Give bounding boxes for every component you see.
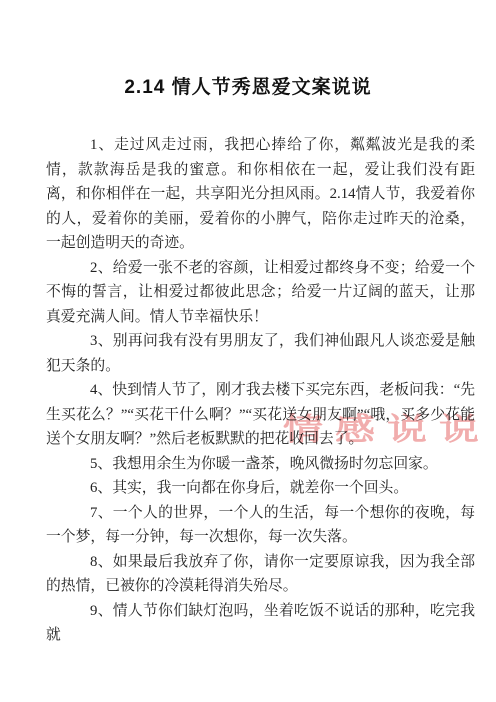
document-body: 1、走过风走过雨，我把心捧给了你，粼粼波光是我的柔情，款款海岳是我的蜜意。和你相… [46,133,475,648]
document-title: 2.14 情人节秀恩爱文案说说 [0,0,496,99]
paragraph-2: 2、给爱一张不老的容颜，让相爱过都终身不变；给爱一个不悔的誓言，让相爱过都彼此思… [46,256,475,330]
paragraph-5: 5、我想用余生为你暖一盏茶，晚风微扬时勿忘回家。 [46,452,475,477]
paragraph-6: 6、其实，我一向都在你身后，就差你一个回头。 [46,476,475,501]
paragraph-4: 4、快到情人节了，刚才我去楼下买完东西，老板问我：“先生买花么？”“买花干什么啊… [46,378,475,452]
paragraph-3: 3、别再问我有没有男朋友了，我们神仙跟凡人谈恋爱是触犯天条的。 [46,329,475,378]
paragraph-8: 8、如果最后我放弃了你，请你一定要原谅我，因为我全部的热情，已被你的冷漠耗得消失… [46,550,475,599]
paragraph-7: 7、一个人的世界，一个人的生活，每一个想你的夜晚，每一个梦，每一分钟，每一次想你… [46,501,475,550]
document-page: 2.14 情人节秀恩爱文案说说 1、走过风走过雨，我把心捧给了你，粼粼波光是我的… [0,0,496,702]
paragraph-9: 9、情人节你们缺灯泡吗，坐着吃饭不说话的那种，吃完我就 [46,599,475,648]
paragraph-1: 1、走过风走过雨，我把心捧给了你，粼粼波光是我的柔情，款款海岳是我的蜜意。和你相… [46,133,475,256]
